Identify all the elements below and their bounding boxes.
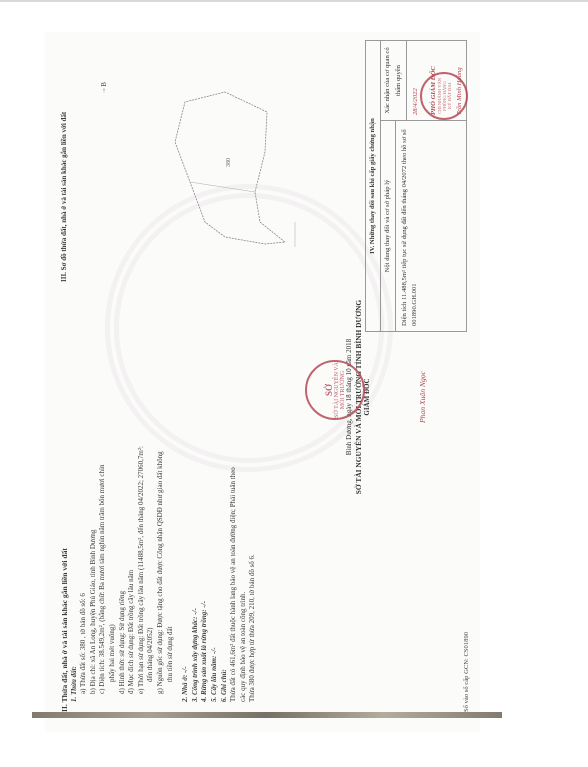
parcel-line: b) Địa chỉ: xã An Long, huyện Phú Giáo, … bbox=[89, 342, 99, 712]
parcel-line: a) Thửa đất số: 380 , tờ bản đồ số: 6 bbox=[79, 342, 89, 712]
item-line: 2. Nhà ở: -/- bbox=[181, 342, 191, 712]
note-line: Thửa 380 được hợp từ thửa 209, 210, tờ b… bbox=[248, 342, 258, 712]
section4-heading: IV. Những thay đổi sau khi cấp giấy chứn… bbox=[366, 41, 381, 331]
col-confirm-header: Xác nhận của cơ quan có thẩm quyền bbox=[380, 41, 407, 120]
confirm-date: 28/4/2022 bbox=[407, 41, 425, 120]
item-line: 4. Rừng sản xuất là rừng trồng: -/- bbox=[200, 342, 210, 712]
note-line: Thửa đất có 461,6m² đất thuộc hành lang … bbox=[229, 342, 239, 712]
section2-heading: II. Thửa đất, nhà ở và tài sản khác gắn … bbox=[60, 342, 70, 712]
parcel-subheading: 1. Thửa đất: bbox=[70, 342, 80, 712]
parcel-map: 380 bbox=[165, 82, 315, 252]
certificate-number: Số vào sổ cấp GCN: CS01890 bbox=[463, 632, 470, 712]
changes-content-column: Nội dung thay đổi và cơ sở pháp lý Diện … bbox=[380, 120, 466, 331]
parcel-line: c) Diện tích: 38.549,2m², (bằng chữ: Ba … bbox=[98, 342, 108, 712]
parcel-line: g) Nguồn gốc sử dụng: Được tặng cho đất … bbox=[156, 342, 166, 712]
change-entry: Diện tích 11.488,5m² tiếp tục sử dụng đấ… bbox=[396, 121, 424, 331]
item-line: 6. Ghi chú: bbox=[220, 342, 230, 712]
parcel-line: đ) Mục đích sử dụng: Đất trồng cây lâu n… bbox=[127, 342, 137, 712]
parcel-line: d) Hình thức sử dụng: Sử dụng riêng bbox=[118, 342, 128, 712]
rotated-certificate: II. Thửa đất, nhà ở và tài sản khác gắn … bbox=[45, 32, 480, 732]
north-arrow-icon: ↑ B bbox=[100, 82, 108, 92]
item-line: 3. Công trình xây dựng khác: -/- bbox=[191, 342, 201, 712]
section3-heading: III. Sơ đồ thửa đất, nhà ở và tài sản kh… bbox=[60, 112, 68, 282]
official-seal: SỞ SỞ TÀI NGUYÊN VÀ MÔI TRƯỜNG bbox=[305, 360, 365, 420]
seal-text: SỞ TÀI NGUYÊN VÀ MÔI TRƯỜNG bbox=[334, 362, 346, 418]
note-line: các quy định bảo vệ an toàn công trình. bbox=[239, 342, 249, 712]
top-border bbox=[0, 0, 588, 2]
parcel-line: thu tiền sử dụng đất bbox=[166, 342, 176, 712]
item-line: 5. Cây lâu năm: -/- bbox=[210, 342, 220, 712]
section-land-parcel: II. Thửa đất, nhà ở và tài sản khác gắn … bbox=[60, 342, 258, 712]
parcel-line: phẩy hai mét vuông) bbox=[108, 342, 118, 712]
parcel-label: 380 bbox=[226, 158, 232, 167]
col-content-header: Nội dung thay đổi và cơ sở pháp lý bbox=[380, 121, 396, 331]
parcel-line: đến tháng 04/2052) bbox=[146, 342, 156, 712]
branch-seal-text: CHI NHÁNH VĂN PHÒNG ĐĂNG KÝ ĐẤT ĐAI bbox=[433, 74, 456, 118]
parcel-line: e) Thời hạn sử dụng: Đất trồng cây lâu n… bbox=[137, 342, 147, 712]
branch-seal: CHI NHÁNH VĂN PHÒNG ĐĂNG KÝ ĐẤT ĐAI bbox=[420, 72, 468, 120]
